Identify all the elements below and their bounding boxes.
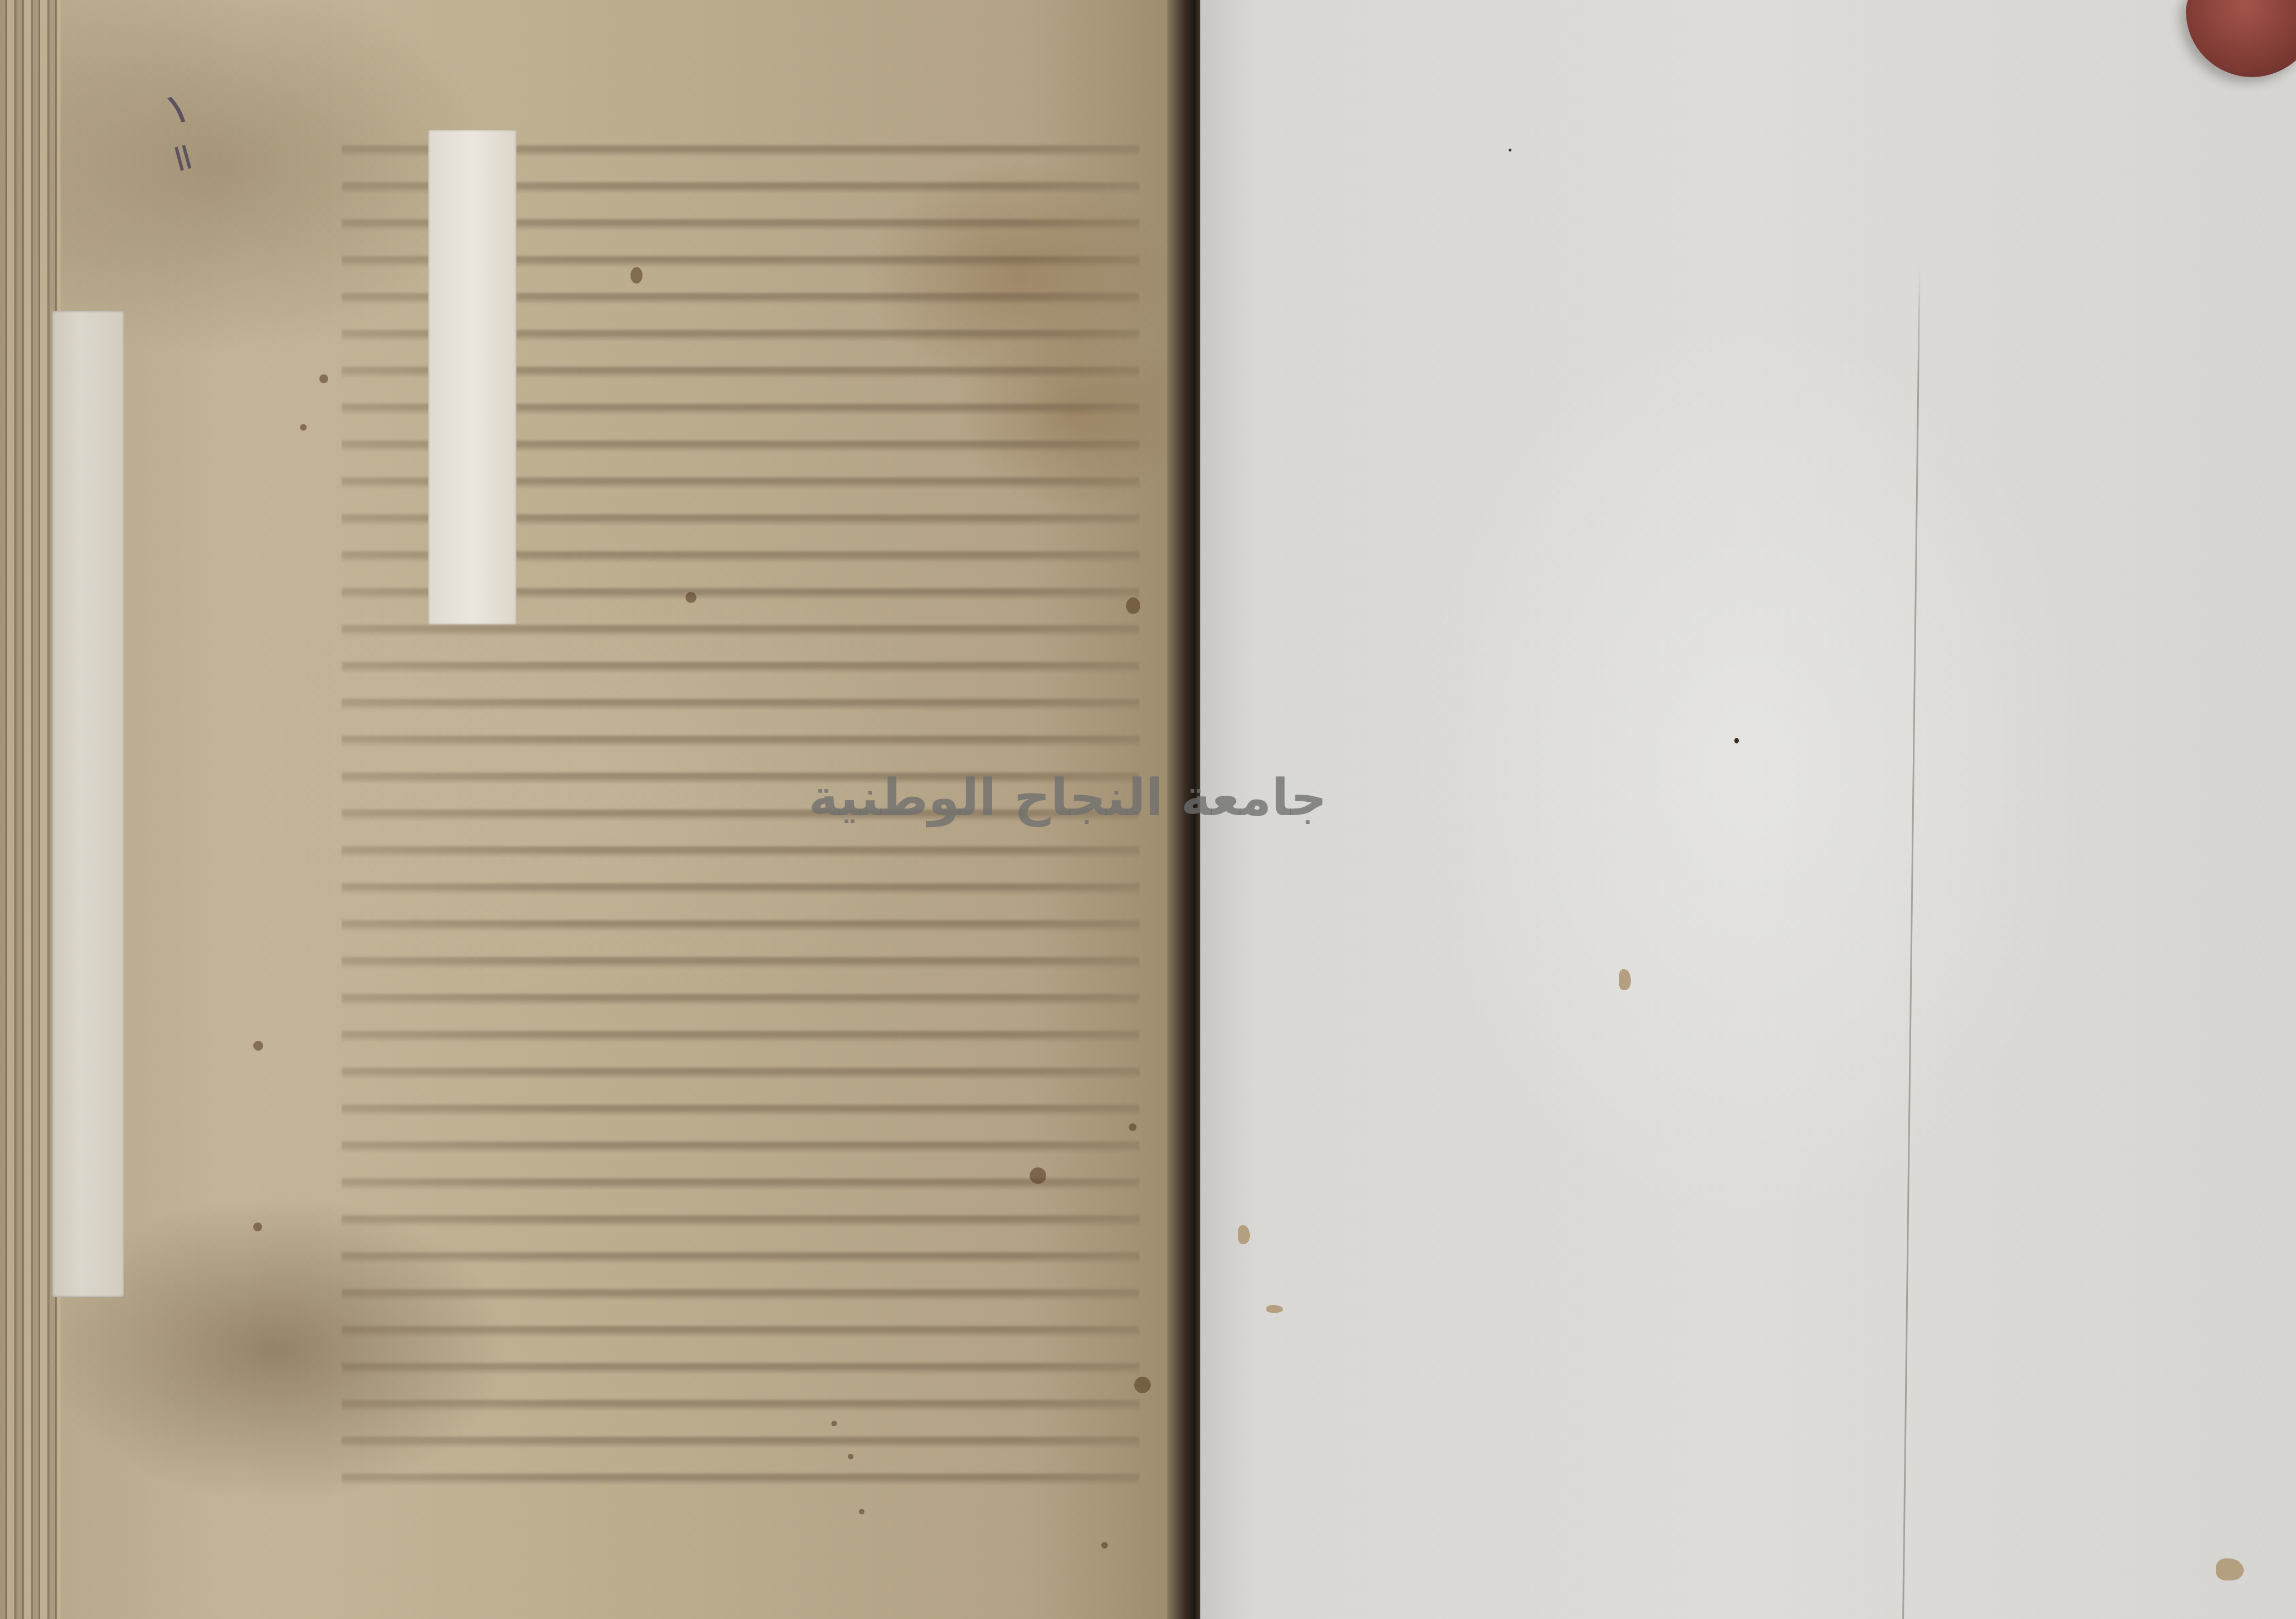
watermark: جامعة النجاح الوطنية: [975, 768, 1327, 827]
stain: [1101, 1542, 1108, 1549]
stain: [1030, 1167, 1046, 1184]
speck: [1509, 149, 1511, 151]
stain: [1129, 1123, 1136, 1131]
folio-mark: ١: [157, 80, 197, 136]
stain: [630, 267, 643, 284]
paper-damage: [1266, 1305, 1283, 1313]
stain: [831, 1421, 837, 1426]
paper-strip-left: [52, 311, 124, 1297]
fingertip: [2186, 0, 2296, 77]
stain: [253, 1041, 263, 1051]
paper-strip-top: [428, 130, 516, 624]
stain: [848, 1454, 853, 1459]
fold-line: [1902, 264, 1920, 1619]
manuscript-spread: ١ = جامعة النجاح الوطنية: [0, 0, 2296, 1619]
stain: [685, 592, 697, 603]
speck: [1734, 738, 1739, 743]
stain: [300, 424, 307, 431]
stain: [1126, 597, 1140, 614]
right-page: [1200, 0, 2296, 1619]
folio-mark-secondary: =: [158, 136, 210, 179]
stain: [319, 374, 328, 383]
paper-damage: [2216, 1558, 2244, 1580]
stain: [859, 1509, 864, 1514]
page-edges: [0, 0, 61, 1619]
paper-damage: [1238, 1225, 1250, 1244]
stain: [1134, 1377, 1151, 1393]
stain: [253, 1223, 262, 1231]
paper-damage: [1619, 969, 1631, 990]
